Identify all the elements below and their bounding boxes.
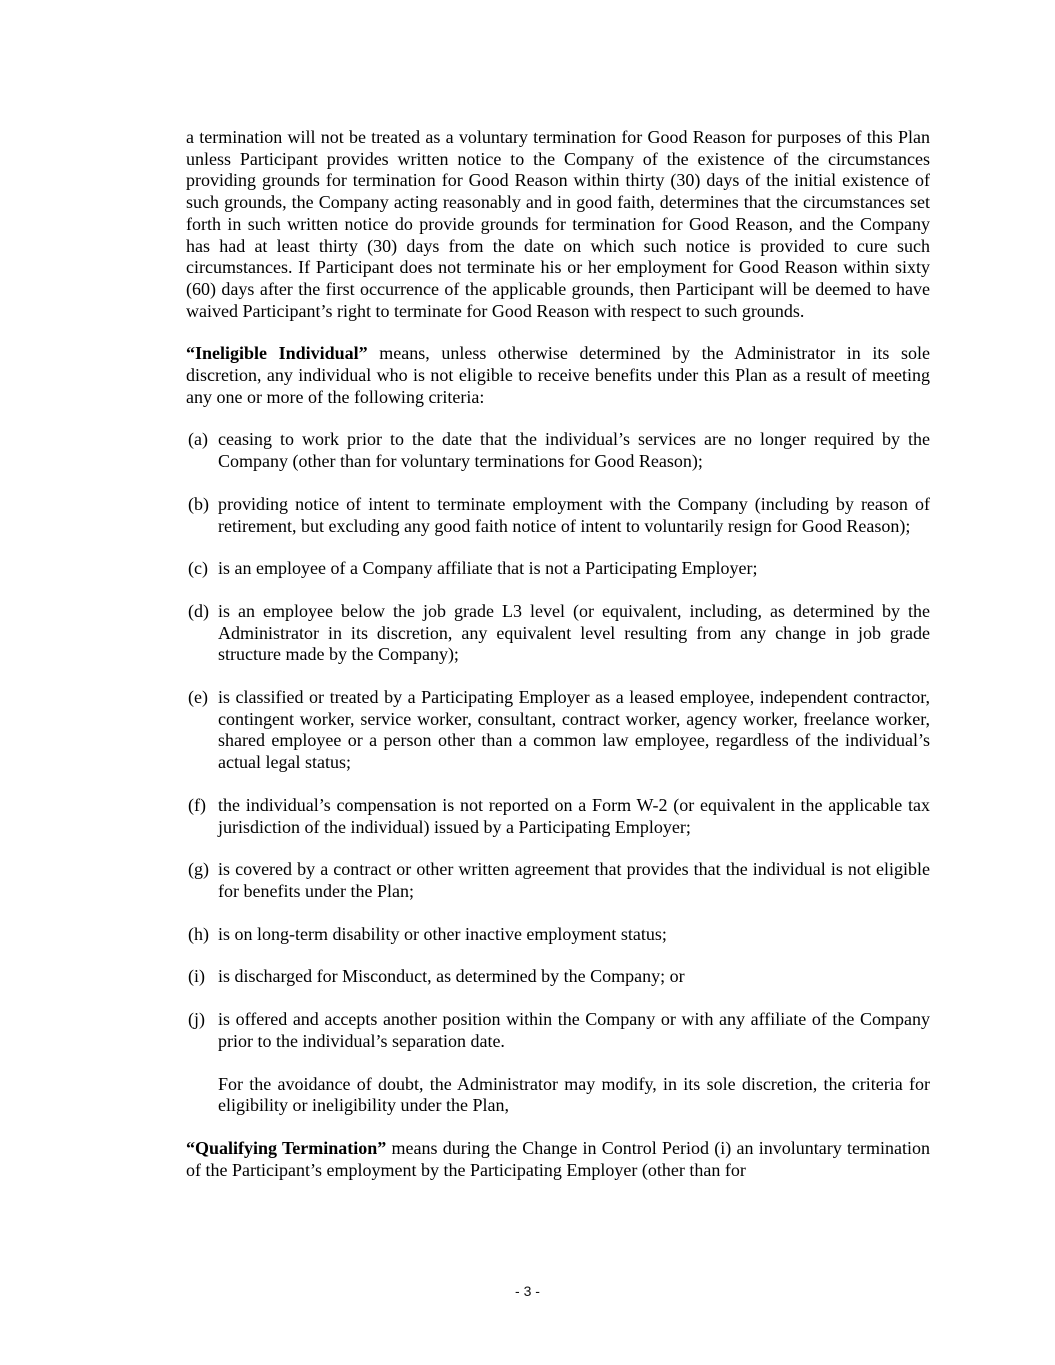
criterion-d-marker: (d) bbox=[188, 601, 209, 623]
criterion-e: (e)is classified or treated by a Partici… bbox=[186, 687, 930, 774]
criterion-j: (j)is offered and accepts another positi… bbox=[186, 1009, 930, 1052]
criterion-b-text: providing notice of intent to terminate … bbox=[218, 494, 930, 536]
criterion-c-text: is an employee of a Company affiliate th… bbox=[218, 558, 758, 578]
criterion-i: (i)is discharged for Misconduct, as dete… bbox=[186, 966, 930, 988]
criterion-f-marker: (f) bbox=[188, 795, 206, 817]
criterion-a-text: ceasing to work prior to the date that t… bbox=[218, 429, 930, 471]
criterion-j-marker: (j) bbox=[188, 1009, 205, 1031]
criterion-b-marker: (b) bbox=[188, 494, 209, 516]
intro-paragraph: a termination will not be treated as a v… bbox=[186, 127, 930, 322]
document-body: a termination will not be treated as a v… bbox=[186, 127, 930, 1202]
criterion-e-text: is classified or treated by a Participat… bbox=[218, 687, 930, 772]
criterion-g-text: is covered by a contract or other writte… bbox=[218, 859, 930, 901]
criterion-a: (a)ceasing to work prior to the date tha… bbox=[186, 429, 930, 472]
criterion-d-text: is an employee below the job grade L3 le… bbox=[218, 601, 930, 664]
criterion-g: (g)is covered by a contract or other wri… bbox=[186, 859, 930, 902]
criterion-h: (h)is on long-term disability or other i… bbox=[186, 924, 930, 946]
criterion-c: (c)is an employee of a Company affiliate… bbox=[186, 558, 930, 580]
criterion-b: (b)providing notice of intent to termina… bbox=[186, 494, 930, 537]
criterion-f-text: the individual’s compensation is not rep… bbox=[218, 795, 930, 837]
criterion-h-text: is on long-term disability or other inac… bbox=[218, 924, 667, 944]
page-number: - 3 - bbox=[0, 1283, 1055, 1299]
definition-qualifying-termination: “Qualifying Termination” means during th… bbox=[186, 1138, 930, 1181]
criterion-i-marker: (i) bbox=[188, 966, 205, 988]
criterion-d: (d)is an employee below the job grade L3… bbox=[186, 601, 930, 666]
criterion-a-marker: (a) bbox=[188, 429, 208, 451]
criterion-g-marker: (g) bbox=[188, 859, 209, 881]
criterion-j-text: is offered and accepts another position … bbox=[218, 1009, 930, 1051]
criterion-f: (f)the individual’s compensation is not … bbox=[186, 795, 930, 838]
criterion-c-marker: (c) bbox=[188, 558, 208, 580]
definition-ineligible-individual: “Ineligible Individual” means, unless ot… bbox=[186, 343, 930, 408]
criterion-e-marker: (e) bbox=[188, 687, 208, 709]
criterion-h-marker: (h) bbox=[188, 924, 209, 946]
criterion-i-text: is discharged for Misconduct, as determi… bbox=[218, 966, 685, 986]
avoidance-of-doubt-note: For the avoidance of doubt, the Administ… bbox=[218, 1074, 930, 1117]
document-page: a termination will not be treated as a v… bbox=[0, 0, 1055, 1365]
definition-term-qualifying: “Qualifying Termination” bbox=[186, 1138, 386, 1158]
definition-term-ineligible: “Ineligible Individual” bbox=[186, 343, 368, 363]
